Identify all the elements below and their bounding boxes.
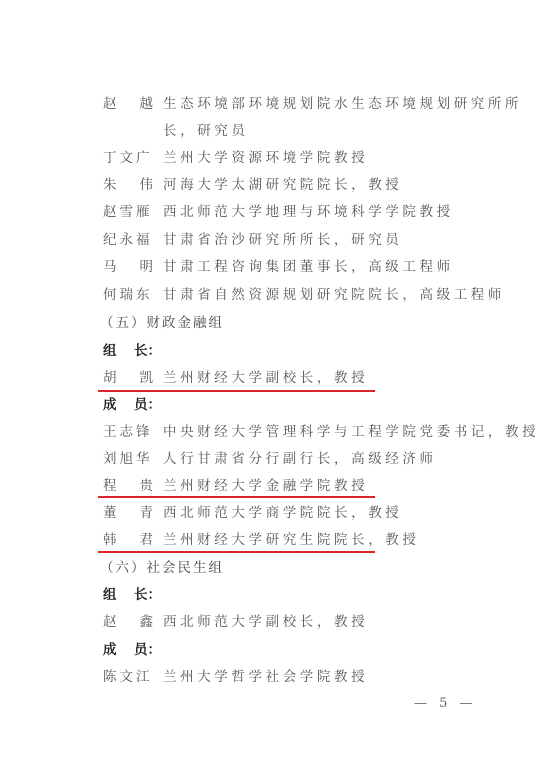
member-desc: 兰州大学资源环境学院教授 xyxy=(163,148,368,168)
section-heading: （五）财政金融组 xyxy=(100,313,224,333)
member-name: 丁文广 xyxy=(103,148,161,168)
page-number: — 5 — xyxy=(414,696,477,711)
document-page: 赵越 生态环境部环境规划院水生态环境规划研究所所 长，研究员 丁文广 兰州大学资… xyxy=(0,0,554,783)
members-label: 成员： xyxy=(103,640,153,660)
member-name: 陈文江 xyxy=(103,667,161,687)
member-name: 何瑞东 xyxy=(103,285,161,305)
member-name: 王志锋 xyxy=(103,422,161,442)
member-name: 程贵 xyxy=(103,476,153,496)
members-label: 成员： xyxy=(103,395,153,415)
member-name: 韩君 xyxy=(103,530,153,550)
member-desc: 西北师范大学副校长，教授 xyxy=(163,612,368,632)
member-desc: 甘肃省治沙研究所所长，研究员 xyxy=(163,230,402,250)
member-name: 赵雪雁 xyxy=(103,202,161,222)
member-desc: 人行甘肃省分行副行长，高级经济师 xyxy=(163,449,437,469)
member-desc: 中央财经大学管理科学与工程学院党委书记，教授 xyxy=(163,422,539,442)
member-desc: 兰州财经大学研究生院院长，教授 xyxy=(163,530,420,550)
red-underline xyxy=(98,496,375,498)
member-name: 董青 xyxy=(103,503,153,523)
member-name: 马明 xyxy=(103,257,153,277)
member-name: 赵越 xyxy=(103,94,153,114)
member-desc: 甘肃工程咨询集团董事长，高级工程师 xyxy=(163,257,454,277)
red-underline xyxy=(98,390,375,392)
member-desc: 西北师范大学商学院院长，教授 xyxy=(163,503,402,523)
section-heading: （六）社会民生组 xyxy=(100,558,224,578)
member-desc: 生态环境部环境规划院水生态环境规划研究所所 xyxy=(163,94,522,114)
member-name: 朱伟 xyxy=(103,175,153,195)
member-desc: 河海大学太湖研究院院长，教授 xyxy=(163,175,402,195)
member-name: 刘旭华 xyxy=(103,449,161,469)
member-desc: 兰州财经大学金融学院教授 xyxy=(163,476,368,496)
member-desc: 兰州财经大学副校长，教授 xyxy=(163,368,368,388)
member-name: 纪永福 xyxy=(103,230,161,250)
member-desc: 西北师范大学地理与环境科学学院教授 xyxy=(163,202,454,222)
member-desc: 甘肃省自然资源规划研究院院长，高级工程师 xyxy=(163,285,505,305)
leader-label: 组长： xyxy=(103,585,153,605)
red-underline xyxy=(98,551,375,553)
member-desc: 长，研究员 xyxy=(163,121,249,141)
member-name: 赵鑫 xyxy=(103,612,153,632)
leader-label: 组长： xyxy=(103,341,153,361)
member-desc: 兰州大学哲学社会学院教授 xyxy=(163,667,368,687)
member-name: 胡凯 xyxy=(103,368,153,388)
